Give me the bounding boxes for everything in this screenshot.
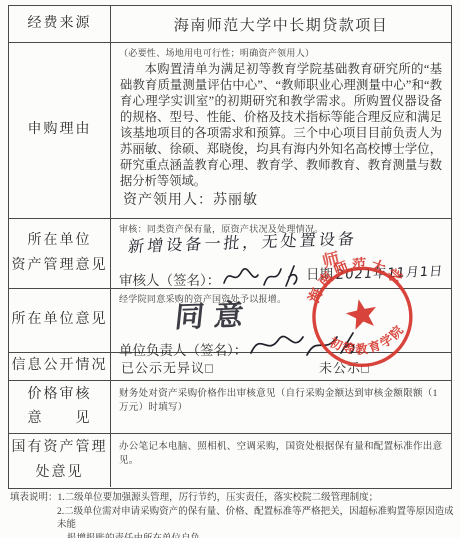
price-review-label: 价格审核 意 见 — [9, 381, 111, 433]
scanned-asset-purchase-form: 经费来源 海南师范大学中长期贷款项目 申购理由 （必要性、场地用电可行性；明确资… — [0, 0, 460, 538]
footnote-line-3: 报增报账的责任由所在单位自负。 — [67, 533, 454, 538]
price-review-label-line2: 意 见 — [28, 407, 92, 432]
state-asset-label: 国有资产管理 处意见 — [9, 434, 111, 487]
funding-source-cell: 海南师范大学中长期贷款项目 — [111, 6, 451, 42]
state-asset-hint: 办公笔记本电脑、照相机、空调采购，国资处根据保有量和配置标准作出意见。 — [119, 438, 445, 466]
footnote-line-1: 填表说明：1.二级单位要加强源头管理，厉行节约，压实责任，落实校院二级管理制度； — [10, 492, 454, 506]
unit-opinion-label: 所在单位意见 — [9, 289, 111, 352]
publicity-label: 信息公开情况 — [9, 353, 111, 380]
funding-source-value: 海南师范大学中长期贷款项目 — [111, 6, 451, 42]
unit-opinion-hint: 经学院同意采购的资产国资处予以报增。 — [119, 292, 445, 305]
price-review-cell: 财务处对资产采购价格作出审核意见（自行采购金额达到审核金额限额（1万元）时填写） — [111, 381, 451, 433]
form-footnotes: 填表说明：1.二级单位要加强源头管理，厉行节约，压实责任，落实校院二级管理制度；… — [10, 492, 454, 538]
footnote-line-2: 2.二级单位需对申请采购资产的保有量、价格、配置标准等严格把关，因超标准购置等原… — [57, 506, 454, 533]
row-unit-asset-mgmt-opinion: 所在单位 资产管理意见 审核：同类资产保有量，原资产状况及处理情况。 新增设备一… — [9, 218, 451, 288]
state-asset-label-line1: 国有资产管理 — [12, 436, 108, 461]
row-unit-opinion: 所在单位意见 经学院同意采购的资产国资处予以报增。 同意 单位负责人（签名）： — [9, 288, 451, 352]
price-review-hint: 财务处对资产采购价格作出审核意见（自行采购金额达到审核金额限额（1万元）时填写） — [119, 385, 445, 413]
handwritten-agree: 同意 — [173, 292, 256, 336]
row-state-asset-office-opinion: 国有资产管理 处意见 办公笔记本电脑、照相机、空调采购，国资处根据保有量和配置标… — [9, 433, 451, 487]
asset-recipient-line: 资产领用人：苏丽敏 — [123, 189, 258, 209]
asset-purchase-form-table: 经费来源 海南师范大学中长期贷款项目 申购理由 （必要性、场地用电可行性；明确资… — [8, 5, 452, 489]
purchase-reason-paragraph: 本购置清单为满足初等教育学院基础教育研究所的“基础教育质量测量评估中心”、“教师… — [120, 61, 442, 189]
row-funding-source: 经费来源 海南师范大学中长期贷款项目 — [9, 6, 451, 42]
funding-source-label: 经费来源 — [9, 6, 111, 42]
row-purchase-reason: 申购理由 （必要性、场地用电可行性；明确资产领用人） 本购置清单为满足初等教育学… — [9, 42, 451, 218]
unit-asset-mgmt-cell: 审核：同类资产保有量，原资产状况及处理情况。 新增设备一批，无处置设备 审核人（… — [111, 219, 451, 288]
unit-opinion-cell: 经学院同意采购的资产国资处予以报增。 同意 单位负责人（签名）： — [111, 289, 451, 352]
purchase-reason-cell: （必要性、场地用电可行性；明确资产领用人） 本购置清单为满足初等教育学院基础教育… — [111, 43, 451, 218]
unit-asset-mgmt-label: 所在单位 资产管理意见 — [9, 219, 111, 288]
unit-asset-mgmt-label-line1: 所在单位 — [28, 229, 92, 254]
state-asset-cell: 办公笔记本电脑、照相机、空调采购，国资处根据保有量和配置标准作出意见。 — [111, 434, 451, 487]
row-publicity-status: 信息公开情况 已公示无异议□ 未公示□ — [9, 352, 451, 380]
reviewer-signature-scribble — [220, 263, 300, 289]
row-price-review-opinion: 价格审核 意 见 财务处对资产采购价格作出审核意见（自行采购金额达到审核金额限额… — [9, 380, 451, 433]
checkbox-not-published[interactable]: 未公示□ — [319, 357, 370, 376]
price-review-label-line1: 价格审核 — [28, 383, 92, 408]
handwritten-date: 2021年11月1日 — [335, 260, 444, 283]
state-asset-label-line2: 处意见 — [36, 461, 84, 486]
purchase-reason-hint: （必要性、场地用电可行性；明确资产领用人） — [119, 46, 445, 59]
publicity-cell: 已公示无异议□ 未公示□ — [111, 353, 451, 380]
checkbox-published-no-objection[interactable]: 已公示无异议□ — [121, 357, 214, 376]
purchase-reason-label: 申购理由 — [9, 43, 111, 218]
unit-asset-mgmt-label-line2: 资产管理意见 — [12, 254, 108, 279]
reviewer-signature-label: 审核人（签名）： — [119, 269, 220, 289]
